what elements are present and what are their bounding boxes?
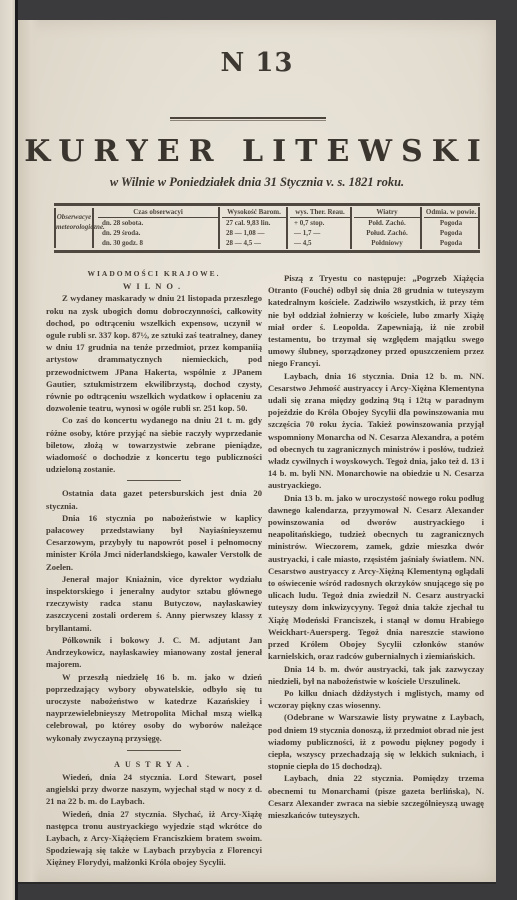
weather-col-time: Czas obserwacyi dn. 28 sobota. dn. 29 śr…: [98, 207, 220, 249]
table-cell: Połud. Zachó.: [354, 228, 420, 238]
table-cell: — 4,5: [290, 238, 350, 248]
article-paragraph: Laybach, dnia 16 stycznia. Dnia 12 b. m.…: [268, 370, 484, 492]
article-paragraph: Laybach, dnia 22 stycznia. Pomiędzy trze…: [268, 772, 484, 821]
article-paragraph: Wiedeń, dnia 24 stycznia. Lord Stewart, …: [46, 771, 262, 808]
article-paragraph: Jenerał major Kniażnin, vice dyrektor wy…: [46, 573, 262, 634]
issue-number: N 13: [18, 48, 496, 78]
weather-col-barometer: Wysokość Barom. 27 cal. 9,83 lin. 28 — 1…: [222, 207, 288, 249]
article-paragraph: Wiedeń, dnia 27 stycznia. Słychać, iż Ar…: [46, 808, 262, 869]
section-title-austria: AUSTRYA.: [46, 759, 262, 771]
table-cell: dn. 30 godz. 8: [98, 238, 218, 248]
article-paragraph: Dnia 16 stycznia po nabożeństwie w kapli…: [46, 512, 262, 573]
weather-observation-table: Obserwacye meteorologiczne. Czas obserwa…: [54, 203, 480, 253]
table-cell: Połd. Zachó.: [354, 218, 420, 228]
article-paragraph: Piszą z Tryestu co następuje: „Pogrzeb X…: [268, 272, 484, 370]
left-column: WIADOMOŚCI KRAJOWE. WILNO. Z wydaney mas…: [46, 268, 262, 869]
table-cell: + 0,7 stop.: [290, 218, 350, 228]
weather-row-label: Obserwacye meteorologiczne.: [54, 208, 94, 248]
table-cell: 28 — 1,08 —: [222, 228, 286, 238]
table-cell: Połdniowy: [354, 238, 420, 248]
table-cell: dn. 29 środa.: [98, 228, 218, 238]
section-divider: [127, 480, 181, 481]
article-paragraph: Po kilku dniach dżdżystych i mglistych, …: [268, 687, 484, 711]
scan-top-border: [0, 0, 517, 20]
table-cell: Pogoda: [424, 218, 478, 228]
section-divider: [127, 750, 181, 751]
scan-right-border: [496, 20, 517, 900]
table-cell: — 1,7 —: [290, 228, 350, 238]
dateline: w Wilnie w Poniedziałek dnia 31 Stycznia…: [18, 175, 496, 190]
newspaper-page: N 13 KURYER LITEWSKI w Wilnie w Poniedzi…: [18, 20, 496, 884]
article-paragraph: (Odebrane w Warszawie listy prywatne z L…: [268, 711, 484, 772]
column-header: Czas obserwacyi: [98, 207, 218, 218]
city-heading-wilno: WILNO.: [46, 280, 262, 292]
article-paragraph: Półkownik i bokowy J. C. M. adjutant Jan…: [46, 634, 262, 671]
article-paragraph: Z wydaney maskarady w dniu 21 listopada …: [46, 292, 262, 414]
table-cell: dn. 28 sobota.: [98, 218, 218, 228]
column-header: wys. Ther. Reau.: [290, 207, 350, 218]
weather-col-sky: Odmia. w powie. Pogoda Pogoda Pogoda: [424, 207, 480, 249]
table-cell: 28 — 4,5 —: [222, 238, 286, 248]
column-header: Wiatry: [354, 207, 420, 218]
weather-col-winds: Wiatry Połd. Zachó. Połud. Zachó. Połdni…: [354, 207, 422, 249]
article-paragraph: Dnia 14 b. m. dwór austryacki, tak jak z…: [268, 663, 484, 687]
table-rule-bottom: [54, 250, 480, 253]
table-cell: 27 cal. 9,83 lin.: [222, 218, 286, 228]
header-rule: [170, 117, 326, 119]
weather-col-thermometer: wys. Ther. Reau. + 0,7 stop. — 1,7 — — 4…: [290, 207, 352, 249]
table-cell: Pogoda: [424, 238, 478, 248]
column-header: Wysokość Barom.: [222, 207, 286, 218]
column-header: Odmia. w powie.: [424, 207, 478, 218]
section-title-domestic: WIADOMOŚCI KRAJOWE.: [46, 268, 262, 280]
newspaper-title: KURYER LITEWSKI: [18, 134, 496, 169]
table-cell: Pogoda: [424, 228, 478, 238]
article-paragraph: W przeszłą niedzielę 16 b. m. jako w dzi…: [46, 671, 262, 744]
header-rule-thin: [170, 120, 326, 121]
table-rule-top: [54, 203, 480, 206]
article-paragraph: Co zaś do koncertu wydanego na dniu 21 t…: [46, 414, 262, 475]
article-paragraph: Dnia 13 b. m. jako w uroczystość nowego …: [268, 492, 484, 663]
right-column: Piszą z Tryestu co następuje: „Pogrzeb X…: [268, 272, 484, 821]
article-paragraph: Ostatnia data gazet petersburskich jest …: [46, 487, 262, 511]
